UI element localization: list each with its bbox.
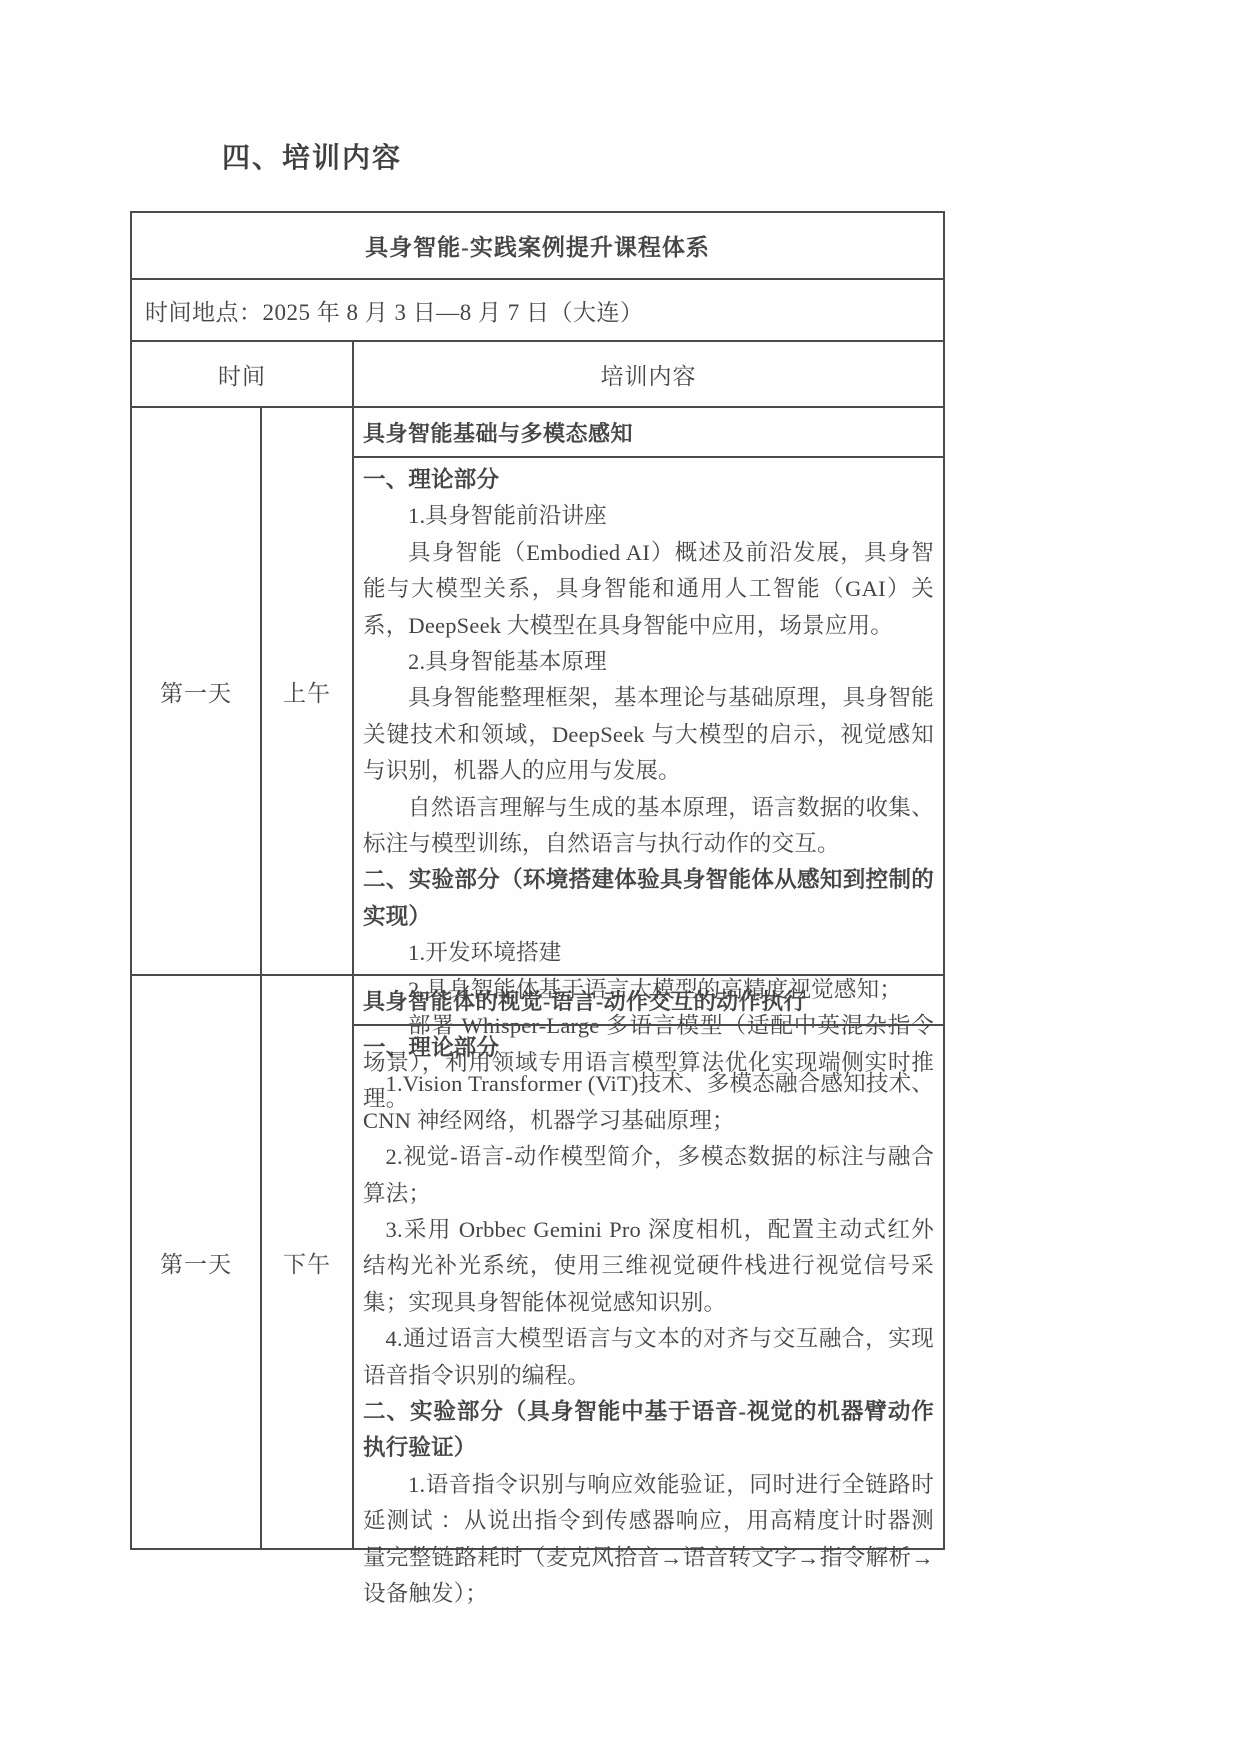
table-header-row: 时间 培训内容 <box>132 340 943 406</box>
paragraph: 自然语言理解与生成的基本原理，语言数据的收集、标注与模型训练，自然语言与执行动作… <box>363 790 934 863</box>
paragraph: 4.通过语言大模型语言与文本的对齐与交互融合，实现语音指令识别的编程。 <box>363 1321 934 1394</box>
paragraph: 具身智能（Embodied AI）概述及前沿发展，具身智能与大模型关系，具身智能… <box>363 535 934 644</box>
time-place-row: 时间地点：2025 年 8 月 3 日—8 月 7 日（大连） <box>132 278 943 340</box>
paragraph: 具身智能整理框架，基本理论与基础原理，具身智能关键技术和领域，DeepSeek … <box>363 680 934 789</box>
content-cell: 具身智能基础与多模态感知 一、理论部分 1.具身智能前沿讲座 具身智能（Embo… <box>354 408 943 974</box>
topic-title: 具身智能体的视觉-语言-动作交互的动作执行 <box>354 976 943 1026</box>
session-cell: 下午 <box>262 976 354 1548</box>
session-cell: 上午 <box>262 408 354 974</box>
paragraph: 二、实验部分（环境搭建体验具身智能体从感知到控制的实现） <box>363 862 934 935</box>
header-time: 时间 <box>132 342 354 406</box>
table-row-day1-morning: 第一天 上午 具身智能基础与多模态感知 一、理论部分 1.具身智能前沿讲座 具身… <box>132 406 943 974</box>
paragraph: 一、理论部分 <box>363 462 934 498</box>
paragraph: 一、理论部分 <box>363 1030 934 1066</box>
day-cell: 第一天 <box>132 976 262 1548</box>
paragraph: 1.语音指令识别与响应效能验证，同时进行全链路时延测试 ：从说出指令到传感器响应… <box>363 1467 934 1613</box>
paragraph: 3.采用 Orbbec Gemini Pro 深度相机，配置主动式红外结构光补光… <box>363 1212 934 1321</box>
header-content: 培训内容 <box>354 342 943 406</box>
training-schedule-table: 具身智能-实践案例提升课程体系 时间地点：2025 年 8 月 3 日—8 月 … <box>130 211 945 1550</box>
paragraph: 1.开发环境搭建 <box>363 935 934 971</box>
paragraph: 二、实验部分（具身智能中基于语音-视觉的机器臂动作执行验证） <box>363 1394 934 1467</box>
section-title: 四、培训内容 <box>222 136 402 176</box>
paragraph: 2.具身智能基本原理 <box>363 644 934 680</box>
document-page: 四、培训内容 具身智能-实践案例提升课程体系 时间地点：2025 年 8 月 3… <box>0 0 1240 1754</box>
topic-paragraphs: 一、理论部分 1.Vision Transformer (ViT)技术、多模态融… <box>354 1026 943 1613</box>
day-cell: 第一天 <box>132 408 262 974</box>
paragraph: 1.具身智能前沿讲座 <box>363 498 934 534</box>
course-title: 具身智能-实践案例提升课程体系 <box>132 229 943 262</box>
paragraph: 1.Vision Transformer (ViT)技术、多模态融合感知技术、C… <box>363 1066 934 1139</box>
topic-title: 具身智能基础与多模态感知 <box>354 408 943 458</box>
paragraph: 2.视觉-语言-动作模型简介，多模态数据的标注与融合算法； <box>363 1139 934 1212</box>
course-title-row: 具身智能-实践案例提升课程体系 <box>132 213 943 278</box>
time-place-text: 时间地点：2025 年 8 月 3 日—8 月 7 日（大连） <box>132 294 644 327</box>
table-row-day1-afternoon: 第一天 下午 具身智能体的视觉-语言-动作交互的动作执行 一、理论部分 1.Vi… <box>132 974 943 1548</box>
content-cell: 具身智能体的视觉-语言-动作交互的动作执行 一、理论部分 1.Vision Tr… <box>354 976 943 1548</box>
